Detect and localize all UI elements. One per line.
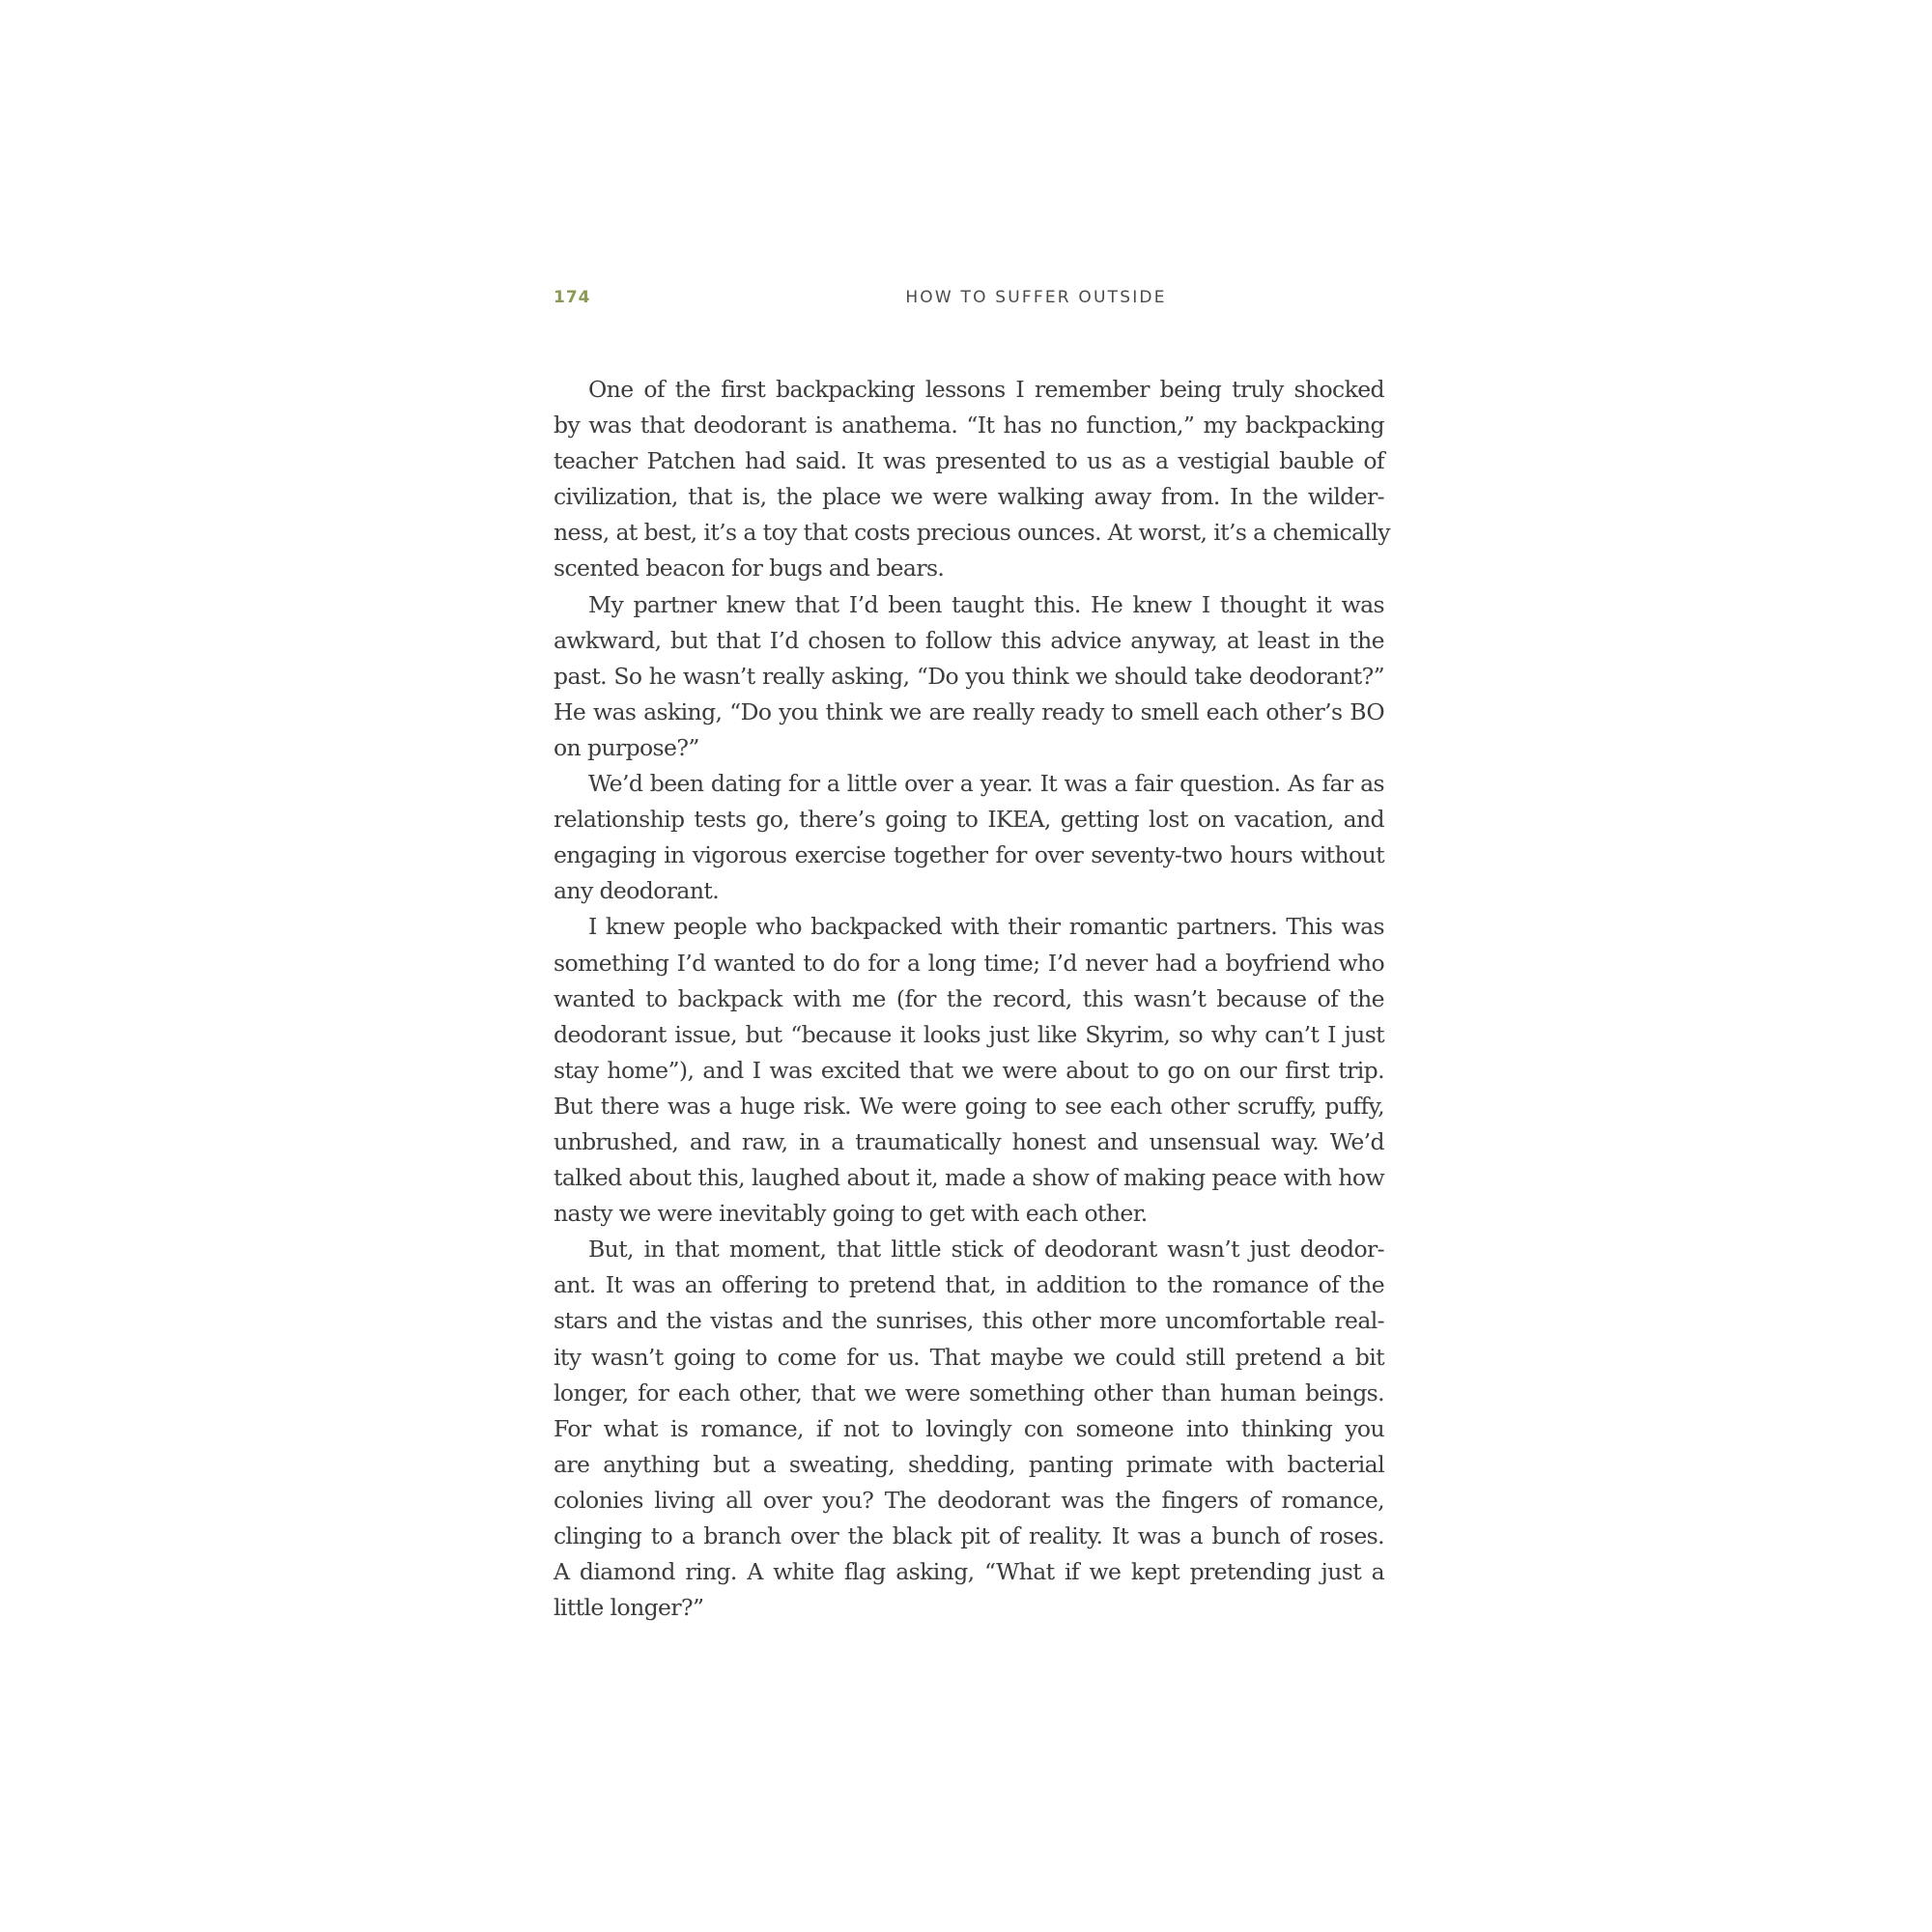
text-line: scented beacon for bugs and bears. bbox=[554, 551, 1384, 586]
text-line: ity wasn’t going to come for us. That ma… bbox=[554, 1340, 1384, 1376]
text-line: relationship tests go, there’s going to … bbox=[554, 802, 1384, 838]
text-line: ness, at best, it’s a toy that costs pre… bbox=[554, 515, 1384, 551]
text-line: We’d been dating for a little over a yea… bbox=[554, 766, 1384, 802]
body-text: One of the first backpacking lessons I r… bbox=[554, 372, 1384, 1626]
text-line: I knew people who backpacked with their … bbox=[554, 909, 1384, 945]
text-line: something I’d wanted to do for a long ti… bbox=[554, 946, 1384, 981]
text-line: awkward, but that I’d chosen to follow t… bbox=[554, 623, 1384, 659]
running-head: 174 HOW TO SUFFER OUTSIDE bbox=[554, 288, 1383, 317]
text-line: deodorant issue, but “because it looks j… bbox=[554, 1017, 1384, 1053]
text-line: nasty we were inevitably going to get wi… bbox=[554, 1196, 1384, 1232]
paragraph: My partner knew that I’d been taught thi… bbox=[554, 587, 1384, 766]
paragraph: I knew people who backpacked with their … bbox=[554, 909, 1384, 1232]
text-line: A diamond ring. A white flag asking, “Wh… bbox=[554, 1554, 1384, 1590]
paragraph: We’d been dating for a little over a yea… bbox=[554, 766, 1384, 909]
text-line: talked about this, laughed about it, mad… bbox=[554, 1160, 1384, 1196]
text-line: But, in that moment, that little stick o… bbox=[554, 1232, 1384, 1267]
text-line: My partner knew that I’d been taught thi… bbox=[554, 587, 1384, 623]
text-line: One of the first backpacking lessons I r… bbox=[554, 372, 1384, 408]
text-line: colonies living all over you? The deodor… bbox=[554, 1483, 1384, 1519]
text-line: For what is romance, if not to lovingly … bbox=[554, 1411, 1384, 1447]
text-line: little longer?” bbox=[554, 1590, 1384, 1626]
text-line: are anything but a sweating, shedding, p… bbox=[554, 1447, 1384, 1483]
paragraph: One of the first backpacking lessons I r… bbox=[554, 372, 1384, 587]
text-line: He was asking, “Do you think we are real… bbox=[554, 695, 1384, 730]
text-line: clinging to a branch over the black pit … bbox=[554, 1519, 1384, 1554]
text-line: But there was a huge risk. We were going… bbox=[554, 1089, 1384, 1124]
text-line: civilization, that is, the place we were… bbox=[554, 479, 1384, 515]
text-line: unbrushed, and raw, in a traumatically h… bbox=[554, 1124, 1384, 1160]
text-line: past. So he wasn’t really asking, “Do yo… bbox=[554, 659, 1384, 695]
text-line: any deodorant. bbox=[554, 873, 1384, 909]
text-line: longer, for each other, that we were som… bbox=[554, 1376, 1384, 1411]
text-line: stars and the vistas and the sunrises, t… bbox=[554, 1303, 1384, 1339]
text-line: teacher Patchen had said. It was present… bbox=[554, 443, 1384, 479]
book-page: 174 HOW TO SUFFER OUTSIDE One of the fir… bbox=[0, 0, 1932, 1932]
text-line: by was that deodorant is anathema. “It h… bbox=[554, 408, 1384, 443]
text-line: on purpose?” bbox=[554, 730, 1384, 766]
text-line: stay home”), and I was excited that we w… bbox=[554, 1053, 1384, 1089]
book-title: HOW TO SUFFER OUTSIDE bbox=[554, 288, 1383, 307]
text-line: wanted to backpack with me (for the reco… bbox=[554, 981, 1384, 1017]
text-line: engaging in vigorous exercise together f… bbox=[554, 838, 1384, 873]
paragraph: But, in that moment, that little stick o… bbox=[554, 1232, 1384, 1626]
text-line: ant. It was an offering to pretend that,… bbox=[554, 1267, 1384, 1303]
